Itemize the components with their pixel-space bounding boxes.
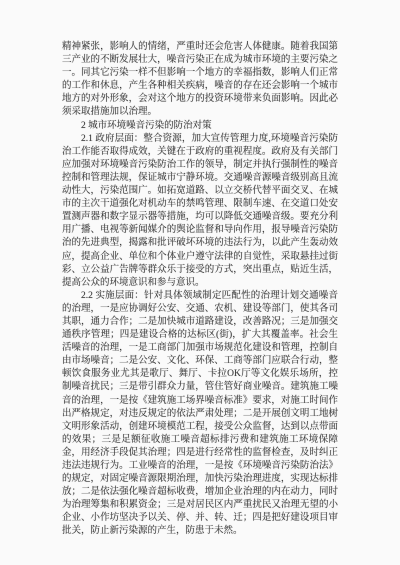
section-2-2-paragraph: 2.2 实施层面：针对具体领域制定匹配性的治理计划交通噪音的治理，一是应协调好公… [62,290,338,539]
document-page: 精神紧张，影响人的情绪，严重时还会危害人体健康。随着我国第三产业的不断发展壮大，… [0,0,400,565]
section-2-1-paragraph: 2.1 政府层面：整合资源，加大宣传管理力度,环境噪音污染防治工作能否取得成效，… [62,133,338,290]
section-heading: 2 城市环境噪音污染的防治对策 [62,120,338,133]
intro-paragraph-continuation: 精神紧张，影响人的情绪，严重时还会危害人体健康。随着我国第三产业的不断发展壮大，… [62,41,338,120]
